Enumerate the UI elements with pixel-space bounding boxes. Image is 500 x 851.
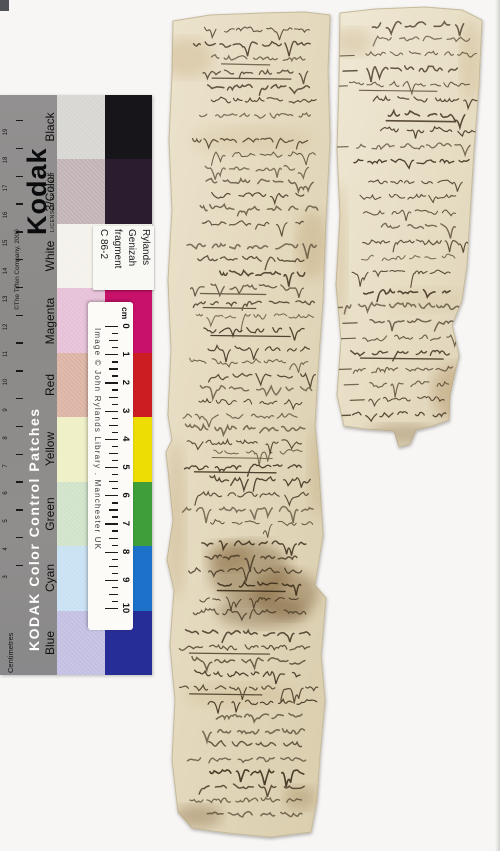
digitization-photo: 345678910111213141516171819 Kodak LICENS… (0, 0, 500, 851)
paper-stain (460, 20, 480, 100)
paper-stain (432, 364, 476, 420)
paper-stain (206, 541, 250, 571)
paper-stain (308, 424, 332, 516)
paper-stain (329, 185, 347, 325)
left-fragment (160, 12, 332, 837)
paper-stain (166, 440, 186, 600)
manuscript-svg (0, 0, 500, 851)
paper-stain (284, 786, 316, 810)
paper-sheet (336, 7, 482, 447)
paper-stain (160, 38, 212, 78)
right-fragment (328, 7, 482, 447)
paper-stain (368, 424, 436, 444)
paper-stain (332, 28, 372, 56)
